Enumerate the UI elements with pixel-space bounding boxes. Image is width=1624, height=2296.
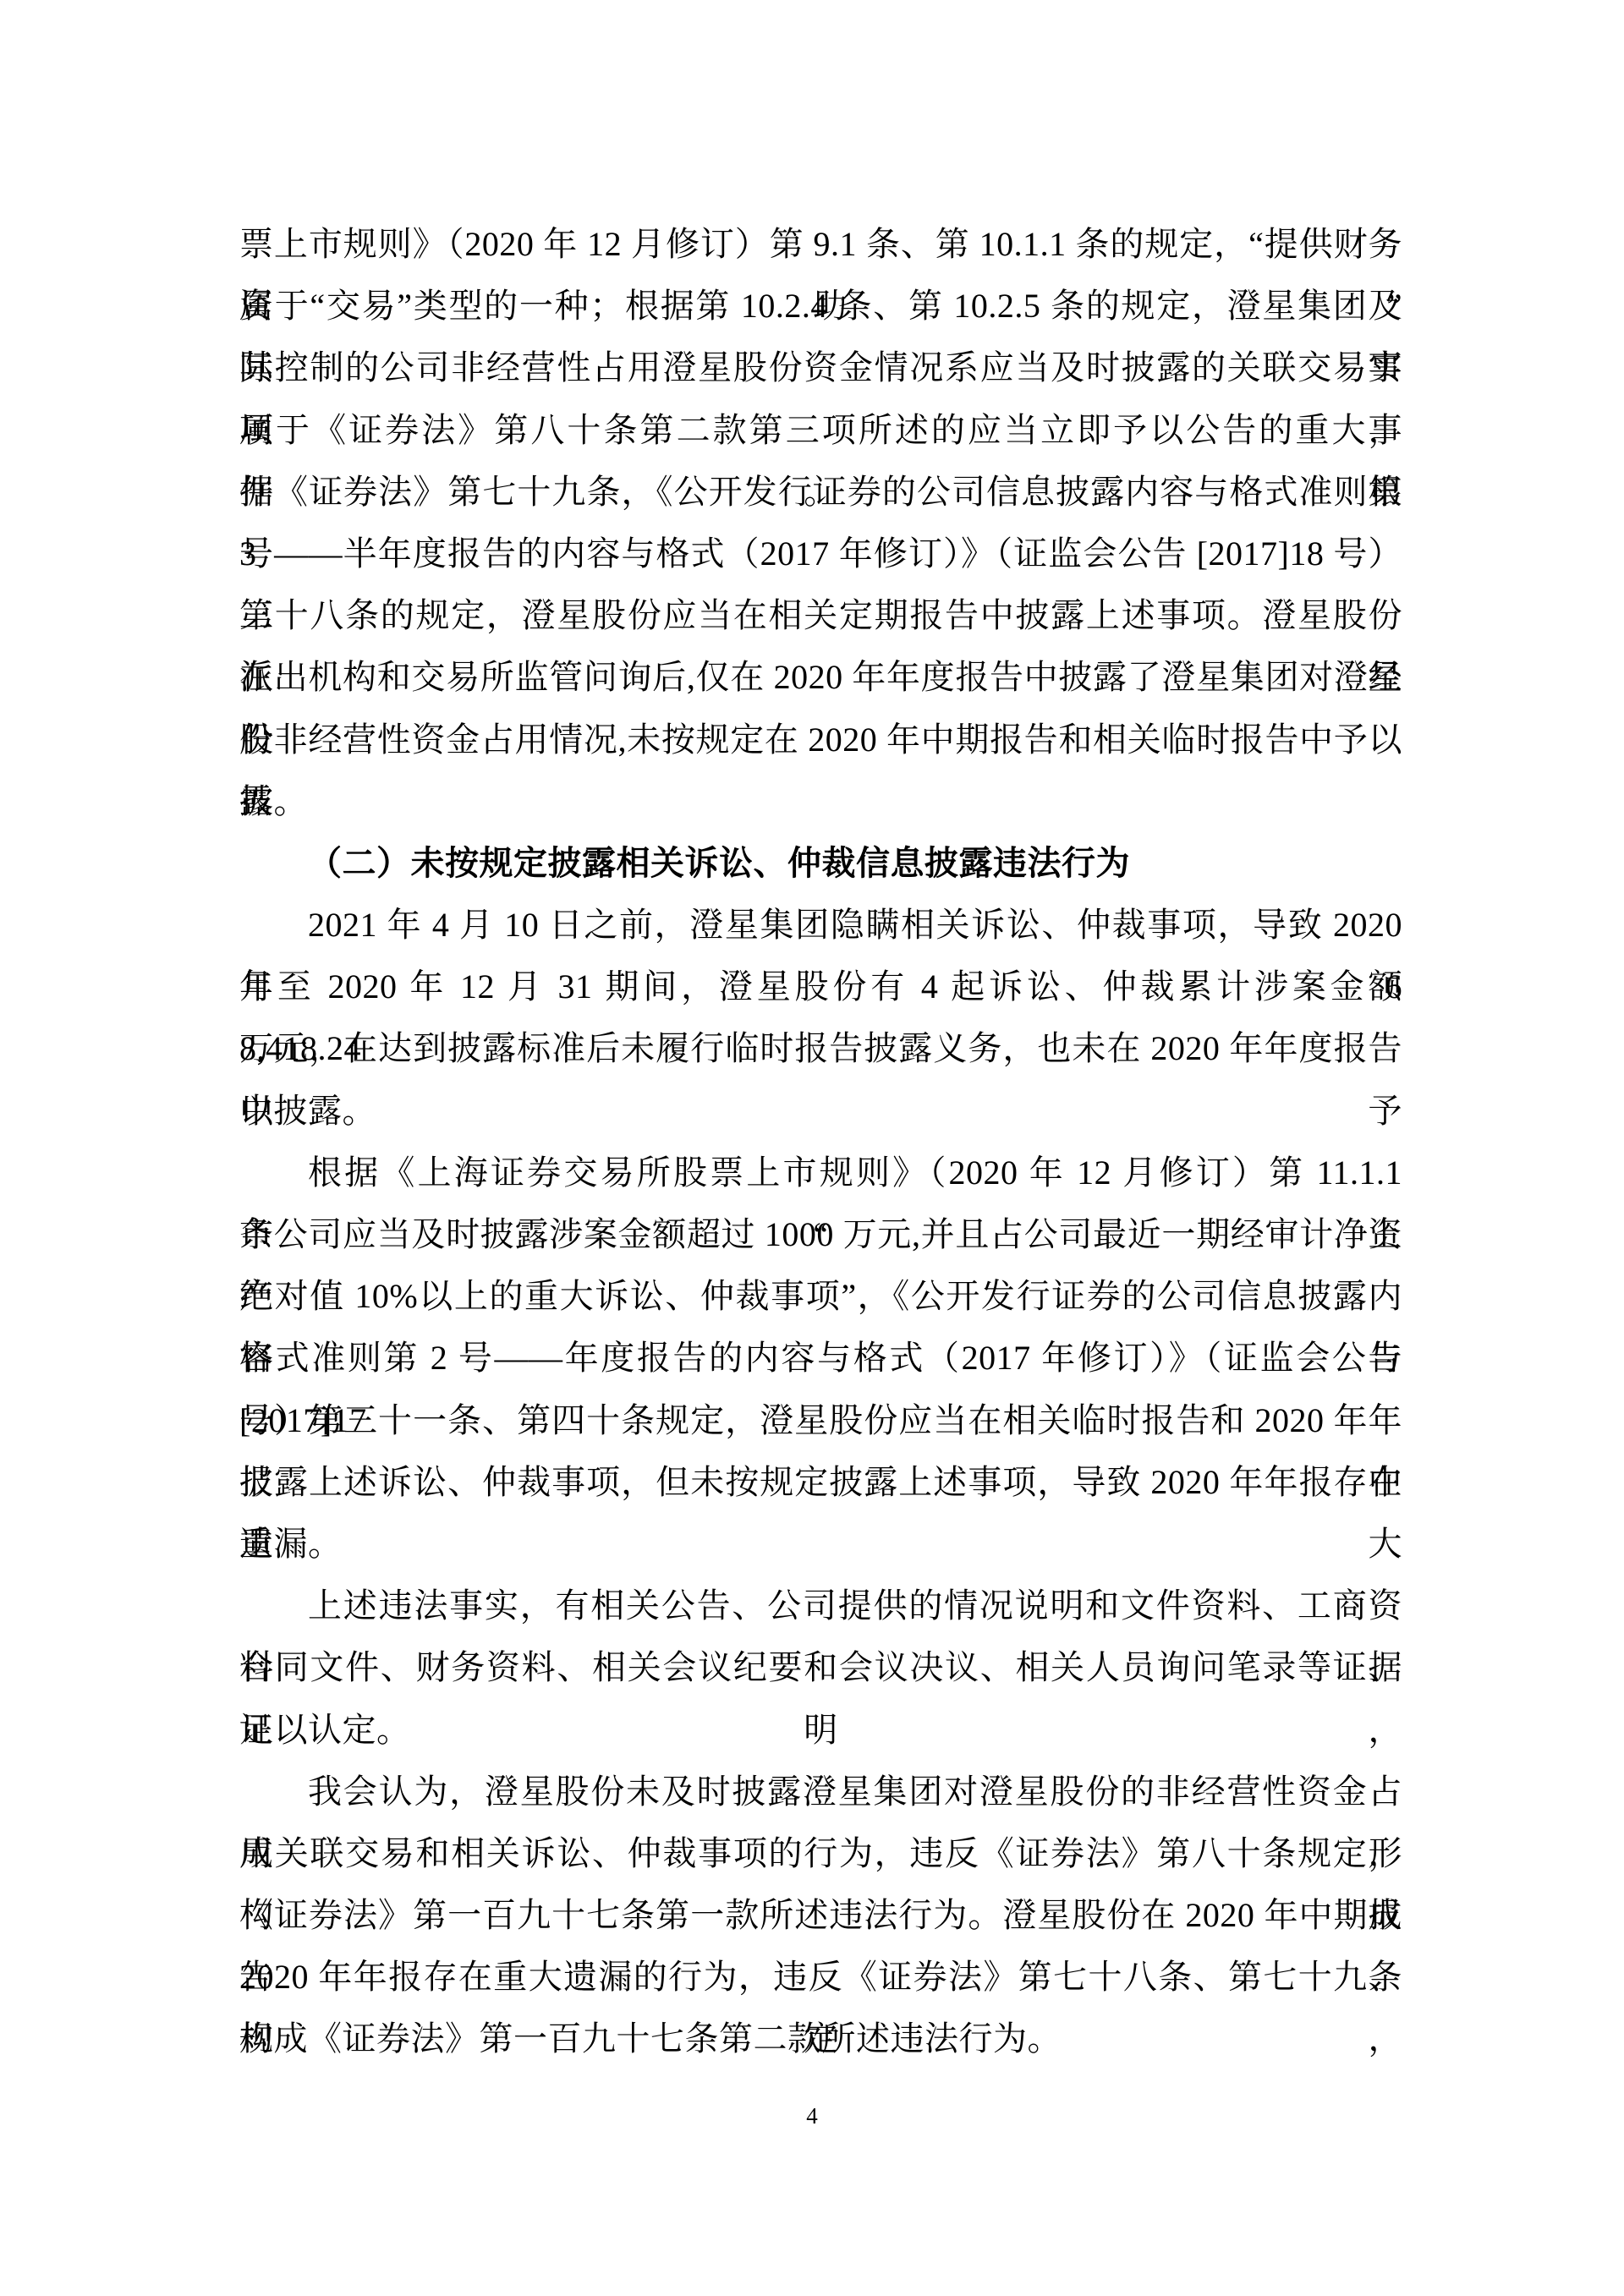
text-line: 2020 年年报存在重大遗漏的行为，违反《证券法》第七十八条、第七十九条规定， <box>239 1946 1402 2008</box>
text-line: 号——半年度报告的内容与格式（2017 年修订）》（证监会公告 [2017]18… <box>239 523 1402 584</box>
text-line: 际控制的公司非经营性占用澄星股份资金情况系应当及时披露的关联交易事项， <box>239 337 1402 398</box>
page-number: 4 <box>0 2099 1624 2133</box>
text-line: 万元，在达到披露标准后未履行临时报告披露义务，也未在 2020 年年度报告中予 <box>239 1017 1402 1079</box>
document-page: 票上市规则》（2020 年 12 月修订）第 9.1 条、第 10.1.1 条的… <box>0 0 1624 2296</box>
text-line: 市公司应当及时披露涉案金额超过 1000 万元,并且占公司最近一期经审计净资产 <box>239 1203 1402 1265</box>
text-line: 格式准则第 2 号——年度报告的内容与格式（2017 年修订）》（证监会公告[2… <box>239 1327 1402 1389</box>
text-line: 合同文件、财务资料、相关会议纪要和会议决议、相关人员询问笔录等证据证明， <box>239 1636 1402 1698</box>
text-line: 《证券法》第一百九十七条第一款所述违法行为。澄星股份在 2020 年中期报告、 <box>239 1884 1402 1946</box>
text-line: 属于“交易”类型的一种；根据第 10.2.4 条、第 10.2.5 条的规定，澄… <box>239 275 1402 337</box>
text-line: 上述违法事实，有相关公告、公司提供的情况说明和文件资料、工商资料、 <box>239 1575 1402 1636</box>
document-body: 票上市规则》（2020 年 12 月修订）第 9.1 条、第 10.1.1 条的… <box>239 213 1402 2070</box>
section-heading: （二）未按规定披露相关诉讼、仲裁信息披露违法行为 <box>239 832 1402 894</box>
text-line: 据《证券法》第七十九条，《公开发行证券的公司信息披露内容与格式准则第 3 <box>239 461 1402 523</box>
text-line: 月至 2020 年 12 月 31 期间，澄星股份有 4 起诉讼、仲裁累计涉案金… <box>239 956 1402 1017</box>
text-line: 票上市规则》（2020 年 12 月修订）第 9.1 条、第 10.1.1 条的… <box>239 213 1402 275</box>
text-line: 号）第三十一条、第四十条规定，澄星股份应当在相关临时报告和 2020 年年报中 <box>239 1389 1402 1451</box>
text-line: 绝对值 10%以上的重大诉讼、仲裁事项”，《公开发行证券的公司信息披露内容与 <box>239 1265 1402 1327</box>
text-line: 2021 年 4 月 10 日之前，澄星集团隐瞒相关诉讼、仲裁事项，导致 202… <box>239 894 1402 956</box>
text-line: 成关联交易和相关诉讼、仲裁事项的行为，违反《证券法》第八十条规定，构成 <box>239 1822 1402 1884</box>
text-line: 派出机构和交易所监管问询后,仅在 2020 年年度报告中披露了澄星集团对澄星股 <box>239 646 1402 708</box>
text-line: 属于《证券法》第八十条第二款第三项所述的应当立即予以公告的重大事件。根 <box>239 399 1402 461</box>
text-line: 露。 <box>239 770 1402 832</box>
text-line: 份非经营性资金占用情况,未按规定在 2020 年中期报告和相关临时报告中予以披 <box>239 709 1402 770</box>
text-line: 根据《上海证券交易所股票上市规则》（2020 年 12 月修订）第 11.1.1… <box>239 1142 1402 1203</box>
text-line: 披露上述诉讼、仲裁事项，但未按规定披露上述事项，导致 2020 年年报存在重大 <box>239 1451 1402 1513</box>
text-line: 三十八条的规定，澄星股份应当在相关定期报告中披露上述事项。澄星股份在经 <box>239 584 1402 646</box>
text-line: 我会认为，澄星股份未及时披露澄星集团对澄星股份的非经营性资金占用形 <box>239 1761 1402 1822</box>
